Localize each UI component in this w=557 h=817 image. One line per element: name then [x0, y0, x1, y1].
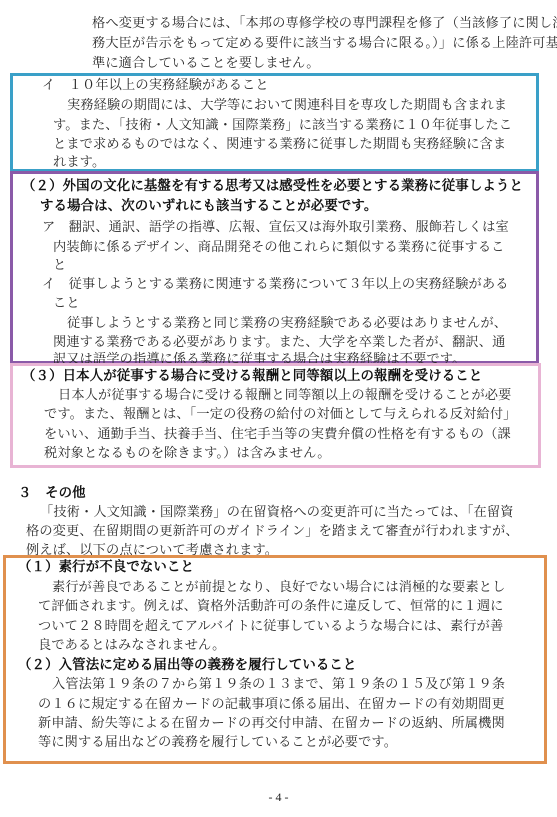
item-i-line: イ 従事しようとする業務に関連する業務について３年以上の実務経験がある	[42, 275, 509, 294]
paragraph-line: ついて２８時間を超えてアルバイトに従事しているような場合には、素行が善	[38, 617, 503, 636]
paragraph-line: れます。	[53, 153, 105, 172]
paragraph-line: す。また、「技術・人文知識・国際業務」に該当する業務に１０年従事したこ	[53, 116, 512, 135]
item-a-line: 内装飾に係るデザイン、商品開発その他これらに類似する業務に従事するこ	[53, 238, 505, 257]
section-heading-3: （３）日本人が従事する場合に受ける報酬と同等額以上の報酬を受けること	[22, 367, 482, 386]
item-a-line: ア 翻訳、通訳、語学の指導、広報、宣伝又は海外取引業務、服飾若しくは室	[42, 218, 509, 237]
paragraph-line: 従事しようとする業務と同じ業務の実務経験である必要はありませんが、	[67, 314, 507, 333]
paragraph-line: とまで求めるものではなく、関連する業務に従事した期間も実務経験に含ま	[53, 135, 506, 154]
paragraph-line: 等に関する届出などの義務を履行していることが必要です。	[38, 733, 397, 752]
section-heading-2: （２）外国の文化に基盤を有する思考又は感受性を必要とする業務に従事しようと	[22, 177, 523, 196]
paragraph-line: をいい、通勤手当、扶養手当、住宅手当等の実費弁償の性格を有するもの（課	[44, 425, 511, 444]
paragraph-line: て評価されます。例えば、資格外活動許可の条件に違反して、恒常的に１週に	[38, 597, 504, 616]
paragraph-line: 実務経験の期間には、大学等において関連科目を専攻した期間も含まれま	[67, 96, 507, 115]
paragraph-line: 素行が善良であることが前提となり、良好でない場合には消極的な要素とし	[52, 578, 505, 597]
section-heading-other: ３ その他	[18, 484, 86, 503]
subheading-experience: イ １０年以上の実務経験があること	[42, 76, 269, 95]
item-a-line: と	[53, 256, 66, 275]
subheading-conduct: （１）素行が不良でないこと	[18, 558, 194, 577]
paragraph-line: 新申請、紛失等による在留カードの再交付申請、在留カードの返納、所属機関	[38, 714, 505, 733]
paragraph-line: 税対象となるものを除きます。）は含みません。	[44, 444, 331, 463]
intro-line: 格へ変更する場合には、「本邦の専修学校の専門課程を修了（当該修了に関し法	[92, 14, 557, 33]
page-number: - 4 -	[0, 790, 557, 805]
paragraph-line: 日本人が従事する場合に受ける報酬と同等額以上の報酬を受けることが必要	[58, 386, 511, 405]
intro-line: 準に適合していることを要しません。	[92, 54, 320, 73]
paragraph-line: です。また、報酬とは、「一定の役務の給付の対価として与えられる反対給付」	[44, 405, 517, 424]
paragraph-line: 格の変更、在留期間の更新許可のガイドライン」を踏まえて審査が行われますが、	[26, 522, 519, 541]
paragraph-line: 良であるとはみなされません。	[38, 636, 226, 655]
paragraph-line: 「技術・人文知識・国際業務」の在留資格への変更許可に当たっては、「在留資	[40, 503, 514, 522]
subheading-obligations: （２）入管法に定める届出等の義務を履行していること	[18, 656, 357, 675]
paragraph-line: の１６に規定する在留カードの記載事項に係る届出、在留カードの有効期間更	[38, 695, 505, 714]
item-i-line: こと	[53, 294, 80, 313]
section-heading-2: する場合は、次のいずれにも該当することが必要です。	[40, 197, 377, 216]
intro-line: 務大臣が告示をもって定める要件に該当する場合に限る。）」に係る上陸許可基	[92, 34, 557, 53]
paragraph-line: 入管法第１９条の７から第１９条の１３まで、第１９条の１５及び第１９条	[52, 675, 505, 694]
